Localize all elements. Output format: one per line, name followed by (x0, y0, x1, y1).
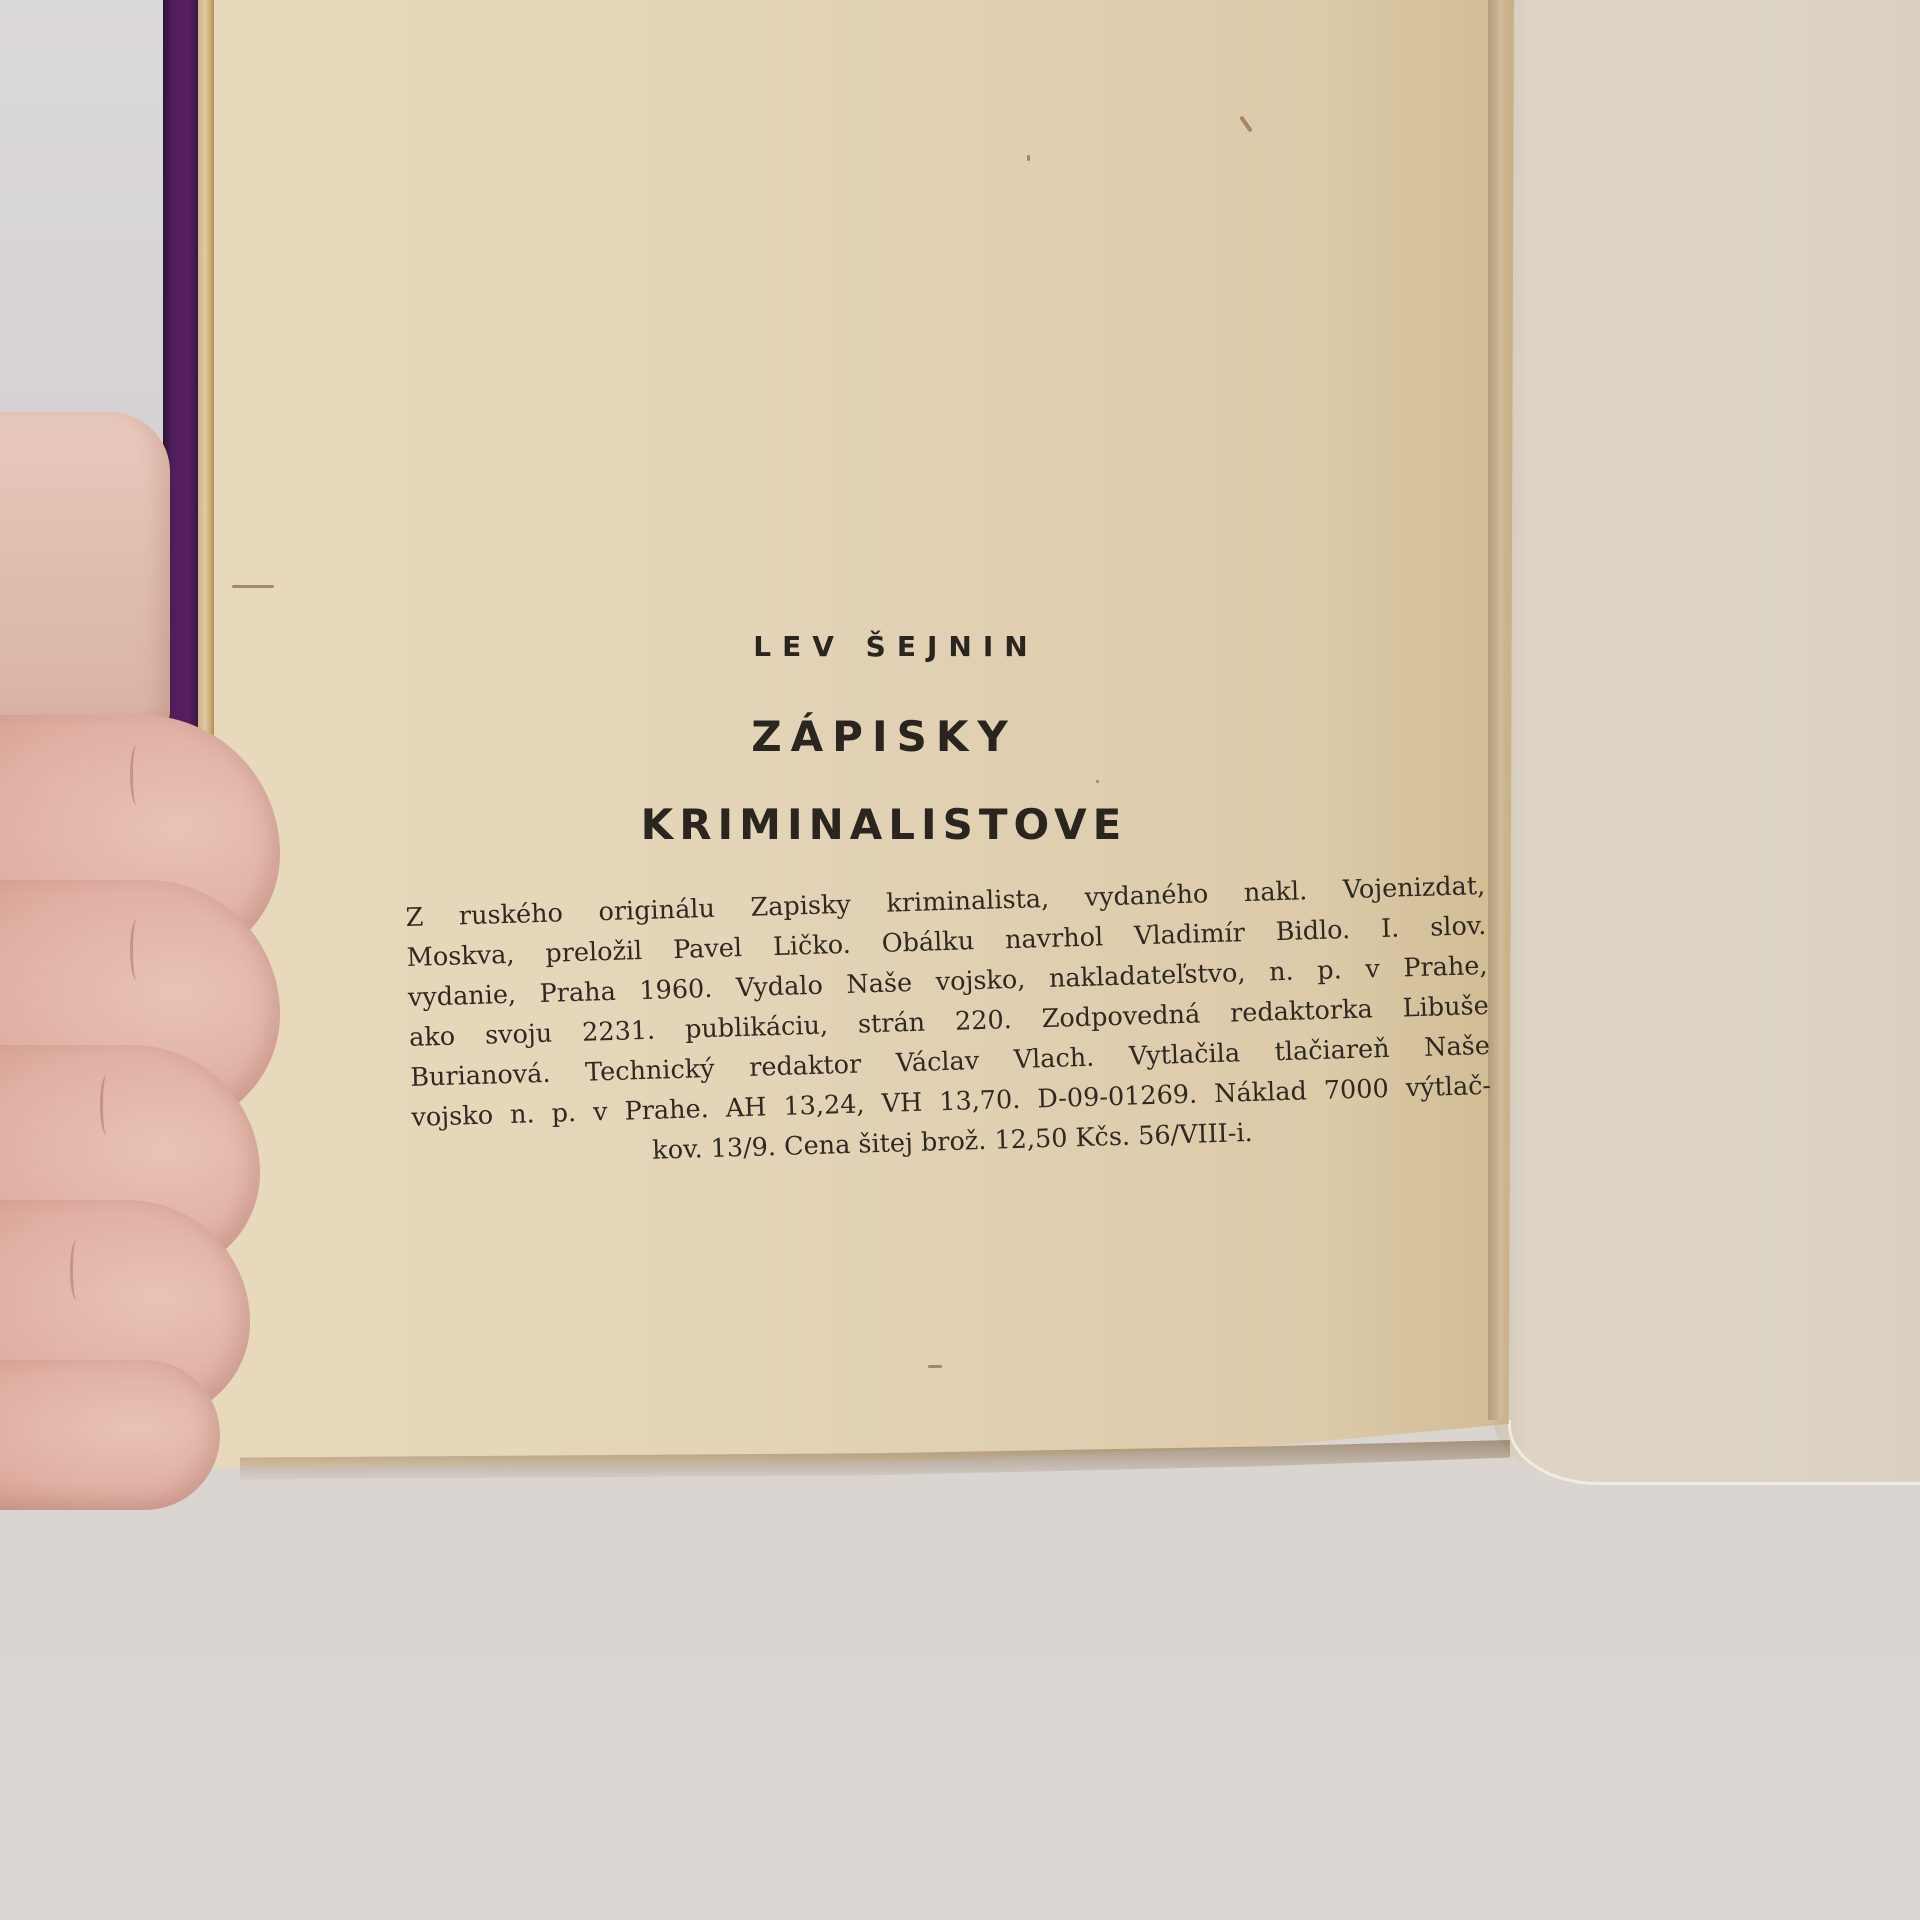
paper-speck (1027, 155, 1030, 161)
right-blank-page (1494, 0, 1920, 1480)
page-block-edge (198, 0, 216, 740)
book-gutter (1488, 0, 1502, 1420)
paper-speck (928, 1365, 942, 1368)
photo-scene: LEV ŠEJNIN ZÁPISKY KRIMINALISTOVE Z rusk… (0, 0, 1920, 1920)
right-page-curled-edge (1508, 1420, 1920, 1485)
imprint-paragraph: Z ruského originálu Zapisky kriminalista… (405, 866, 1493, 1178)
book-title-line-2: KRIMINALISTOVE (254, 800, 1514, 849)
hand-palm (0, 412, 170, 732)
book-title-line-1: ZÁPISKY (254, 712, 1514, 761)
hand-finger (0, 1360, 220, 1510)
paper-speck (1096, 780, 1099, 783)
paper-speck (232, 585, 274, 588)
background-wall (0, 0, 165, 430)
author-name: LEV ŠEJNIN (278, 630, 1514, 663)
